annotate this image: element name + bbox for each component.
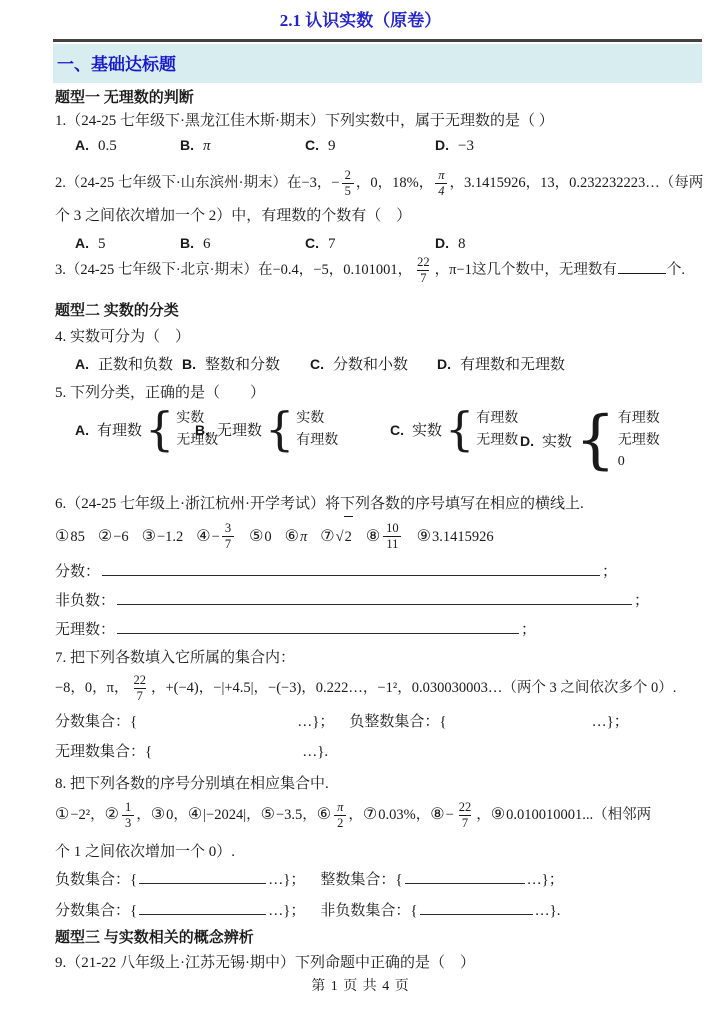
classification-head: 实数 [412, 419, 442, 440]
question-1-options: A.0.5 B.π C.9 D.−3 [55, 137, 705, 157]
number-item-4: ④−37 [196, 517, 236, 557]
number-item-9: ⑨3.1415926 [417, 517, 494, 557]
question-4-options: A.正数和负数 B.整数和分数 C.分数和小数 D.有理数和无理数 [55, 353, 705, 373]
classification-head: 有理数 [97, 419, 142, 440]
option-d: D.−3 [435, 137, 474, 155]
number-item-5: ⑤0 [249, 517, 272, 557]
question-2-stem: 2.（24-25 七年级下·山东滨州·期末）在−3，−25，0，18%，π4，3… [55, 163, 703, 203]
fraction-22-7: 227 [414, 255, 433, 286]
fill-line [139, 912, 266, 915]
fraction-2-5: 25 [342, 168, 354, 199]
number-item-1: ①85 [55, 517, 85, 557]
option-a: A.正数和负数 [75, 353, 173, 374]
topic-heading-3: 题型三 与实数相关的概念辨析 [55, 928, 254, 948]
brace-icon: { [575, 412, 616, 470]
fill-line [405, 881, 525, 884]
question-7-stem: 7. 把下列各数填入它所属的集合内： [55, 648, 295, 668]
number-item-3: ③−1.2 [142, 517, 184, 557]
option-a: A.0.5 [75, 137, 117, 155]
blank-row-fractions: 分数：； [55, 562, 617, 582]
question-2-stem-line2: 个 3 之间依次增加一个 2）中，有理数的个数有（ ） [55, 206, 411, 226]
option-c: C. 实数 { 有理数无理数 [390, 408, 518, 451]
number-item-7: ⑦√2 [320, 516, 353, 557]
fill-line [139, 881, 266, 884]
fill-line [420, 912, 533, 915]
option-d: D.有理数和无理数 [437, 353, 565, 374]
option-b: B.整数和分数 [182, 353, 280, 374]
question-5-options: A. 有理数 { 实数无理数 B. 无理数 { 实数有理数 C. 实数 { 有理… [55, 408, 715, 496]
page-title: 2.1 认识实数（原卷） [0, 11, 721, 31]
classification-head: 实数 [542, 430, 572, 451]
question-8-stem-line2: 个 1 之间依次增加一个 0）. [55, 842, 235, 862]
fill-line [117, 631, 519, 634]
question-5-stem: 5. 下列分类，正确的是（ ） [55, 383, 265, 403]
number-item-6: ⑥π [285, 517, 308, 557]
question-6-numbers: ①85②−6③−1.2④−37⑤0⑥π⑦√2⑧1011⑨3.1415926 [55, 516, 507, 557]
blank-row-irrational: 无理数：； [55, 620, 536, 640]
section-heading: 一、基础达标题 [53, 44, 702, 85]
option-b: B. 无理数 { 实数有理数 [195, 408, 338, 451]
fraction-pi-4: π4 [435, 168, 447, 199]
page-number: 第 1 页 共 4 页 [0, 977, 721, 997]
classification-head: 无理数 [217, 419, 262, 440]
number-item-8: ⑧1011 [366, 517, 404, 557]
question-3-stem: 3.（24-25 七年级下·北京·期末）在−0.4，−5，0.101001，22… [55, 250, 685, 290]
blank-row-nonnegative: 非负数：； [55, 591, 649, 611]
fraction-22-7: 227 [131, 673, 150, 704]
title-divider [53, 39, 702, 42]
topic-heading-1: 题型一 无理数的判断 [55, 88, 194, 108]
question-1-stem: 1.（24-25 七年级下·黑龙江佳木斯·期末）下列实数中，属于无理数的是（ ） [55, 111, 554, 131]
option-c: C.9 [305, 137, 336, 155]
section-banner: 一、基础达标题 [53, 44, 702, 83]
brace-icon: { [265, 409, 294, 450]
question-8-sets-row2: 分数集合：{…}；非负数集合：{…}. [55, 901, 561, 921]
topic-heading-2: 题型二 实数的分类 [55, 301, 179, 321]
question-7-sets-row1: 分数集合：{…}；负整数集合：{…}； [55, 712, 629, 732]
question-9-stem: 9.（21-22 八年级上·江苏无锡·期中）下列命题中正确的是（ ） [55, 953, 475, 973]
question-8-stem: 8. 把下列各数的序号分别填在相应集合中. [55, 774, 329, 794]
question-7-sets-row2: 无理数集合：{…}. [55, 742, 328, 762]
worksheet-page: 2.1 认识实数（原卷） 一、基础达标题 题型一 无理数的判断 1.（24-25… [0, 0, 721, 1024]
question-8-sets-row1: 负数集合：{…}；整数集合：{…}； [55, 870, 564, 890]
fill-line [117, 602, 632, 605]
option-d: D. 实数 { 有理数无理数0 [520, 408, 660, 473]
number-item-2: ②−6 [98, 517, 129, 557]
brace-icon: { [445, 409, 474, 450]
question-7-numbers: −8，0，π，227，+(−4)，−|+4.5|，−(−3)，0.222…，−1… [55, 668, 676, 708]
question-8-numbers: ①−2²，②13，③0，④|−2024|，⑤−3.5，⑥π2，⑦0.03%，⑧−… [55, 795, 651, 835]
option-b: B.π [180, 137, 211, 155]
fill-line [102, 573, 600, 576]
question-6-stem: 6.（24-25 七年级上·浙江杭州·开学考试）将下列各数的序号填写在相应的横线… [55, 494, 584, 514]
radical-icon: √ [336, 517, 344, 557]
minus-sign: − [331, 175, 339, 191]
option-c: C.分数和小数 [310, 353, 408, 374]
question-4-stem: 4. 实数可分为（ ） [55, 327, 190, 347]
brace-icon: { [145, 409, 174, 450]
answer-blank [618, 271, 666, 274]
